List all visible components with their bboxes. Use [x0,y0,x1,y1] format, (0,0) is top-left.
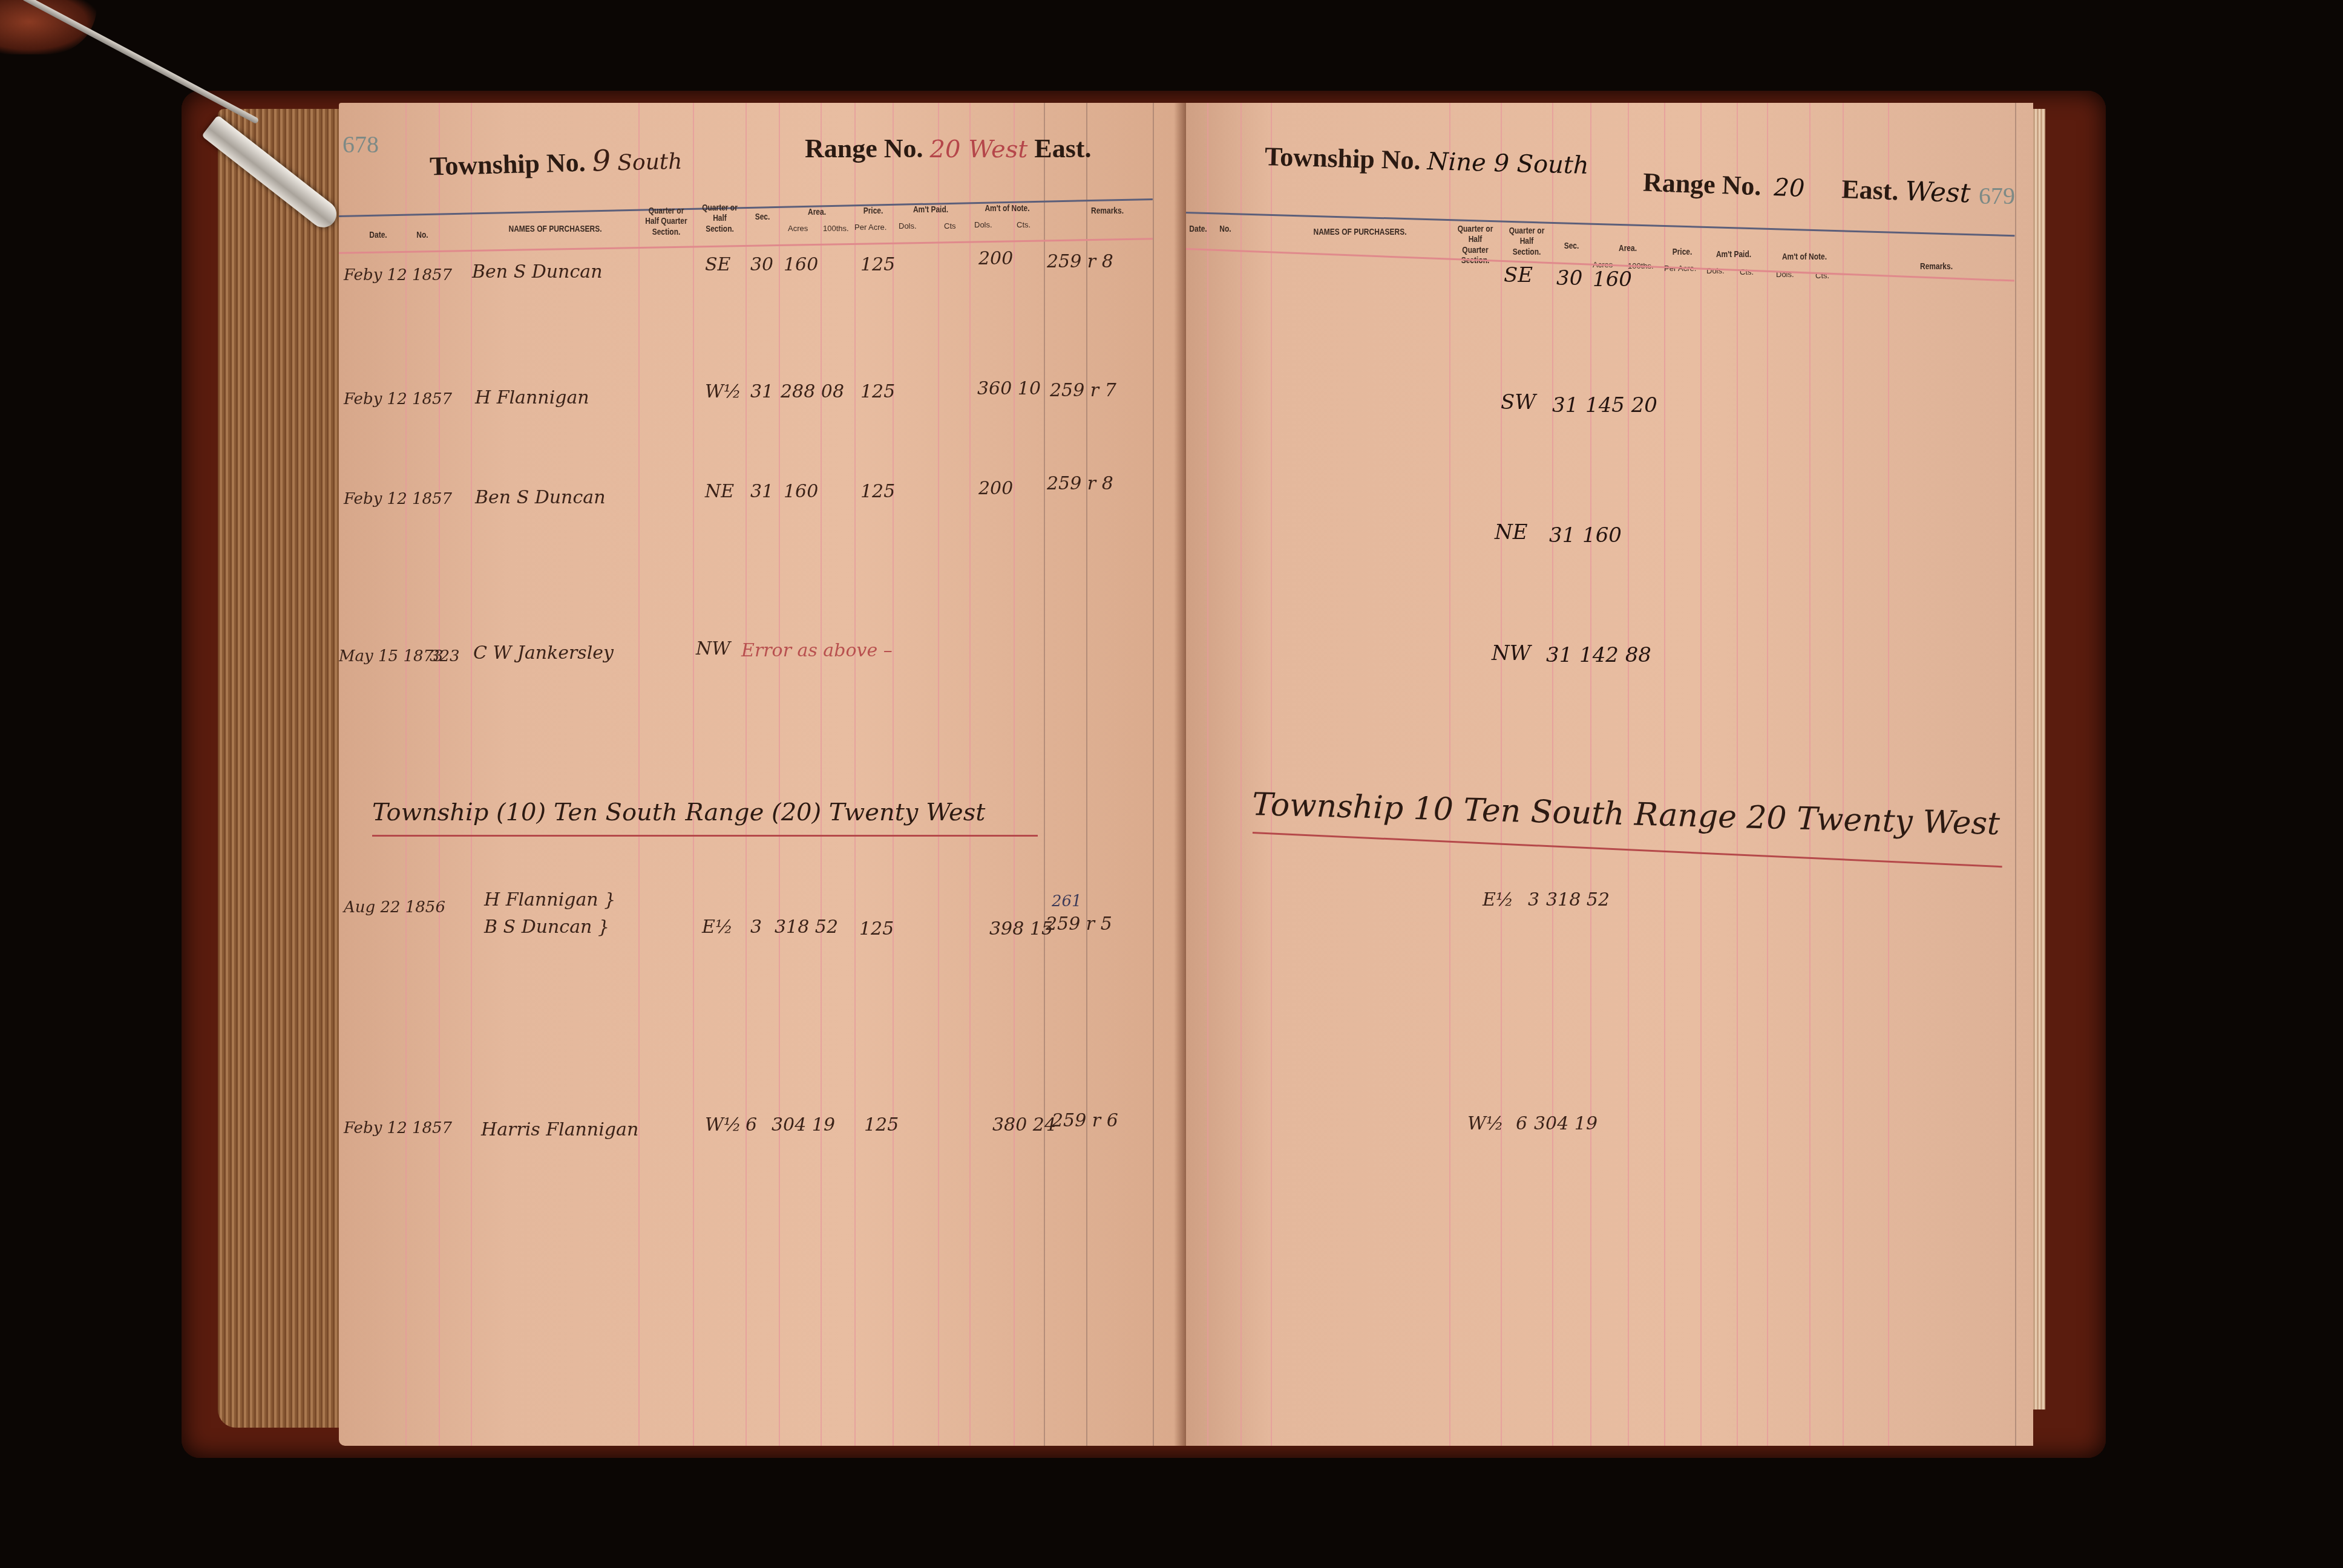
entry-date: Aug 22 1856 [344,898,445,916]
column-rule [938,103,939,1446]
column-rule [1700,103,1702,1446]
entry-price: 125 [864,1114,899,1135]
range-direction-printed: East. [1034,134,1091,163]
entry-price: 125 [859,918,894,939]
col-quarter-half: Quarter or Half Section. [700,203,741,234]
col-date: Date. [356,230,400,240]
entry-remarks: 259 r 5 [1046,913,1112,935]
col-date: Date. [1188,224,1208,234]
col-amt-paid-cts: Cts [944,221,956,230]
entry-sec: 3 [1528,889,1539,910]
entry-note: 398 15 [989,918,1053,939]
entry-remarks: 259 r 7 [1050,380,1116,401]
col-area-acres: Acres [788,224,808,233]
range-value: 20 [1774,174,1805,203]
entry-acres: 304 19 [772,1114,835,1135]
entry-note: 380 24 [992,1114,1056,1135]
col-amt-paid-cts: Cts. [1740,267,1754,276]
column-rule [1086,103,1087,1446]
entry-sec: 6 [1516,1113,1527,1134]
col-area-100ths: 100ths. [823,224,849,233]
col-names: NAMES OF PURCHASERS. [1289,227,1432,237]
entry-acres: 288 08 [781,381,844,402]
col-amt-paid: Am't Paid. [902,204,960,215]
entry-acres: 160 [784,254,818,275]
column-rule [1449,103,1450,1446]
col-names: NAMES OF PURCHASERS. [489,224,622,234]
entry-name-line1: H Flannigan } [484,889,615,910]
column-rule [439,103,440,1446]
col-no: No. [410,230,435,240]
column-rule [893,103,894,1446]
entry-date: May 15 1873 [339,647,444,665]
column-rule [405,103,407,1446]
entry-price: 125 [860,254,895,275]
entry-name: Ben S Duncan [472,261,602,283]
col-amt-paid: Am't Paid. [1707,249,1760,260]
entry-section-part: NE [1495,520,1528,544]
column-rule [1552,103,1553,1446]
entry-name: Harris Flannigan [481,1119,638,1140]
column-rule [969,103,971,1446]
entry-remarks-correction: 261 [1052,892,1082,910]
page-edge-rule [2015,103,2016,1446]
township-label: Township No. [429,148,586,181]
col-area: Area. [788,207,846,217]
entry-sec: 30 [750,254,773,275]
entry-remarks: 259 r 6 [1052,1110,1118,1131]
col-amt-note: Am't of Note. [1775,252,1833,262]
range-direction-written: West [1905,176,1971,209]
column-rule [1843,103,1844,1446]
entry-date: Feby 12 1857 [344,1119,452,1137]
entry-sec: 31 [1549,523,1575,547]
range-header: Range No. 20 East. West [1642,167,1971,209]
entry-section-part: SW [1501,390,1536,414]
column-rule [745,103,747,1446]
entry-section-part: W½ [705,381,741,402]
entry-section-part: SE [705,254,730,275]
entry-sec: 31 [1552,393,1578,417]
entry-date: Feby 12 1857 [344,390,452,408]
column-rule [1501,103,1502,1446]
entry-name: C W Jankersley [473,642,614,664]
column-rule [821,103,822,1446]
entry-acres: 145 20 [1585,393,1657,417]
col-amt-note-dols: Dols. [974,220,992,229]
entry-section-part: NE [705,481,734,502]
section-title: Township (10) Ten South Range (20) Twent… [372,799,985,826]
col-sec: Sec. [750,212,775,222]
page-number: 678 [342,130,379,158]
entry-name: Ben S Duncan [475,487,605,508]
township-value: Nine 9 South [1427,148,1589,180]
entry-price: 125 [860,381,895,402]
entry-no: 323 [430,647,460,665]
column-rule [1628,103,1629,1446]
entry-annotation: Error as above – [741,640,893,661]
entry-acres: 160 [1582,523,1622,547]
column-rule [1888,103,1889,1446]
column-rule [1737,103,1738,1446]
entry-section-part: W½ [1467,1113,1504,1134]
left-page: 678 Township No. 9 South Range No. 20 We… [339,103,1186,1446]
entry-acres: 318 52 [1546,889,1610,910]
entry-name: H Flannigan [475,387,589,408]
right-page: 679 Township No. Nine 9 South Range No. … [1186,103,2033,1446]
township-label: Township No. [1264,142,1421,175]
page-header: Township No. Nine 9 South [1264,141,1589,180]
column-rule [1240,103,1242,1446]
page-number: 679 [1979,181,2015,210]
entry-section-part: NW [1492,641,1531,665]
entry-sec: 3 [750,916,762,938]
col-remarks: Remarks. [1907,261,1965,272]
col-sec: Sec. [1557,241,1586,251]
range-direction-printed: East. [1841,174,1899,206]
entry-sec: 30 [1556,266,1582,290]
range-label: Range No. [805,134,923,163]
col-quarter-half: Quarter or Half Section. [1507,226,1547,257]
page-edges-left [218,109,357,1428]
entry-remarks: 259 r 8 [1047,473,1113,494]
column-rule [779,103,780,1446]
col-amt-paid-dols: Dols. [899,221,917,230]
column-rule [1809,103,1810,1446]
entry-date: Feby 12 1857 [344,266,452,284]
column-rule [1044,103,1045,1446]
column-rule [693,103,694,1446]
col-price-per-acre: Per Acre. [854,223,886,232]
entry-acres: 160 [784,481,818,502]
column-rule [854,103,856,1446]
column-rule [1207,103,1208,1446]
entry-section-part: SE [1504,263,1533,287]
column-rule [1664,103,1665,1446]
entry-acres: 318 52 [775,916,838,938]
page-header: Township No. 9 South [429,142,683,183]
township-direction: South [617,149,683,176]
range-label: Range No. [1642,168,1761,201]
entry-acres: 142 88 [1579,643,1651,667]
section-title-underline [372,835,1038,837]
range-header: Range No. 20 West East. [805,133,1091,164]
column-rule [1590,103,1591,1446]
entry-sec: 31 [750,381,773,402]
entry-section-part: E½ [1483,889,1513,910]
column-rule [1271,103,1272,1446]
column-rule [1014,103,1015,1446]
col-area: Area. [1599,243,1657,253]
entry-date: Feby 12 1857 [344,490,452,508]
entry-section-part: E½ [702,916,733,938]
entry-note: 360 10 [977,378,1041,399]
column-rule [1767,103,1768,1446]
col-amt-note: Am't of Note. [977,203,1038,214]
entry-sec: 31 [1546,643,1572,667]
page-edge-rule [1153,103,1154,1446]
entry-price: 125 [860,481,895,502]
col-price: Price. [858,206,888,216]
col-price: Price. [1668,247,1697,257]
entry-section-part: W½ [705,1114,741,1135]
entry-sec: 6 [745,1114,757,1135]
col-quarter-half-quarter: Quarter or Half Quarter Section. [645,206,687,237]
entry-sec: 31 [750,481,773,502]
entry-acres: 304 19 [1534,1113,1597,1134]
col-no: No. [1213,224,1237,234]
entry-name-line2: B S Duncan } [484,916,609,938]
entry-section-part: NW [696,638,730,659]
col-remarks: Remarks. [1078,206,1136,216]
entry-remarks: 259 r 8 [1047,251,1113,272]
entry-note: 200 [978,478,1013,499]
township-value: 9 [592,144,611,178]
column-rule [471,103,472,1446]
range-value: 20 West [930,136,1028,163]
entry-note: 200 [978,248,1013,269]
col-amt-note-cts: Cts. [1017,220,1031,229]
column-rule [638,103,640,1446]
entry-acres: 160 [1593,267,1632,292]
